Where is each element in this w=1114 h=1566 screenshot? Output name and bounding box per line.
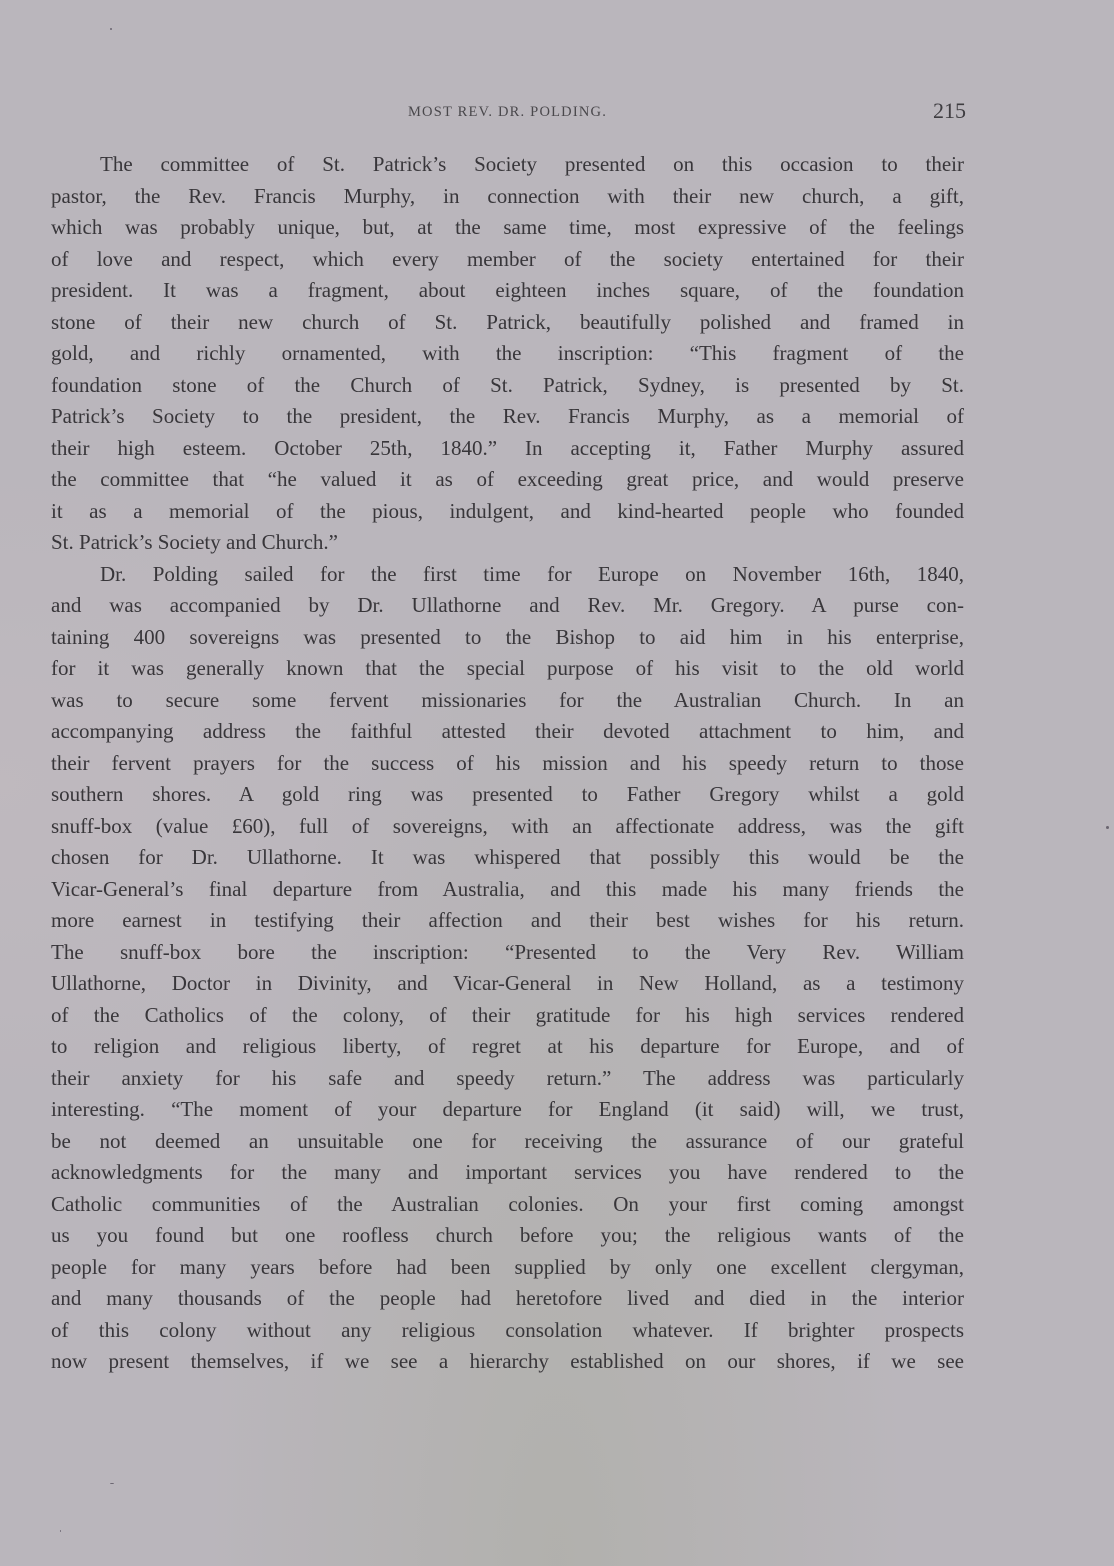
scan-speck [60, 1530, 61, 1532]
text-line: chosen for Dr. Ullathorne. It was whispe… [51, 842, 964, 874]
text-line: and was accompanied by Dr. Ullathorne an… [51, 590, 964, 622]
paragraph-polding-departure: Dr. Polding sailed for the first time fo… [51, 559, 964, 1378]
scan-speck [1106, 826, 1109, 829]
text-line: pastor, the Rev. Francis Murphy, in conn… [51, 181, 964, 213]
text-line: which was probably unique, but, at the s… [51, 212, 964, 244]
text-line: The committee of St. Patrick’s Society p… [51, 149, 964, 181]
text-line: of the Catholics of the colony, of their… [51, 1000, 964, 1032]
text-line: their fervent prayers for the success of… [51, 748, 964, 780]
text-line: the committee that “he valued it as of e… [51, 464, 964, 496]
text-line: of this colony without any religious con… [51, 1315, 964, 1347]
text-line: Vicar-General’s final departure from Aus… [51, 874, 964, 906]
text-line: The snuff-box bore the inscription: “Pre… [51, 937, 964, 969]
text-line: and many thousands of the people had her… [51, 1283, 964, 1315]
text-line: us you found but one roofless church bef… [51, 1220, 964, 1252]
text-line: taining 400 sovereigns was presented to … [51, 622, 964, 654]
text-line: acknowledgments for the many and importa… [51, 1157, 964, 1189]
text-line: be not deemed an unsuitable one for rece… [51, 1126, 964, 1158]
text-line: it as a memorial of the pious, indulgent… [51, 496, 964, 528]
text-line: interesting. “The moment of your departu… [51, 1094, 964, 1126]
text-line: for it was generally known that the spec… [51, 653, 964, 685]
text-line: to religion and religious liberty, of re… [51, 1031, 964, 1063]
text-line: Catholic communities of the Australian c… [51, 1189, 964, 1221]
text-line: St. Patrick’s Society and Church.” [51, 527, 964, 559]
text-line: southern shores. A gold ring was present… [51, 779, 964, 811]
text-line: was to secure some fervent missionaries … [51, 685, 964, 717]
text-line: of love and respect, which every member … [51, 244, 964, 276]
book-page: MOST REV. DR. POLDING. 215 The committee… [51, 96, 964, 1378]
text-line: snuff-box (value £60), full of sovereign… [51, 811, 964, 843]
text-line: foundation stone of the Church of St. Pa… [51, 370, 964, 402]
text-line: gold, and richly ornamented, with the in… [51, 338, 964, 370]
body-text: The committee of St. Patrick’s Society p… [51, 149, 964, 1378]
scan-speck [110, 28, 112, 30]
text-line: accompanying address the faithful attest… [51, 716, 964, 748]
text-line: more earnest in testifying their affecti… [51, 905, 964, 937]
running-header: MOST REV. DR. POLDING. 215 [51, 96, 964, 136]
text-line: their high esteem. October 25th, 1840.” … [51, 433, 964, 465]
page-number: 215 [933, 98, 966, 124]
text-line: Ullathorne, Doctor in Divinity, and Vica… [51, 968, 964, 1000]
scan-speck [110, 1483, 114, 1484]
running-title: MOST REV. DR. POLDING. [51, 104, 964, 121]
text-line: their anxiety for his safe and speedy re… [51, 1063, 964, 1095]
text-line: now present themselves, if we see a hier… [51, 1346, 964, 1378]
text-line: Patrick’s Society to the president, the … [51, 401, 964, 433]
paragraph-st-patricks-gift: The committee of St. Patrick’s Society p… [51, 149, 964, 559]
text-line: stone of their new church of St. Patrick… [51, 307, 964, 339]
text-line: president. It was a fragment, about eigh… [51, 275, 964, 307]
text-line: Dr. Polding sailed for the first time fo… [51, 559, 964, 591]
text-line: people for many years before had been su… [51, 1252, 964, 1284]
